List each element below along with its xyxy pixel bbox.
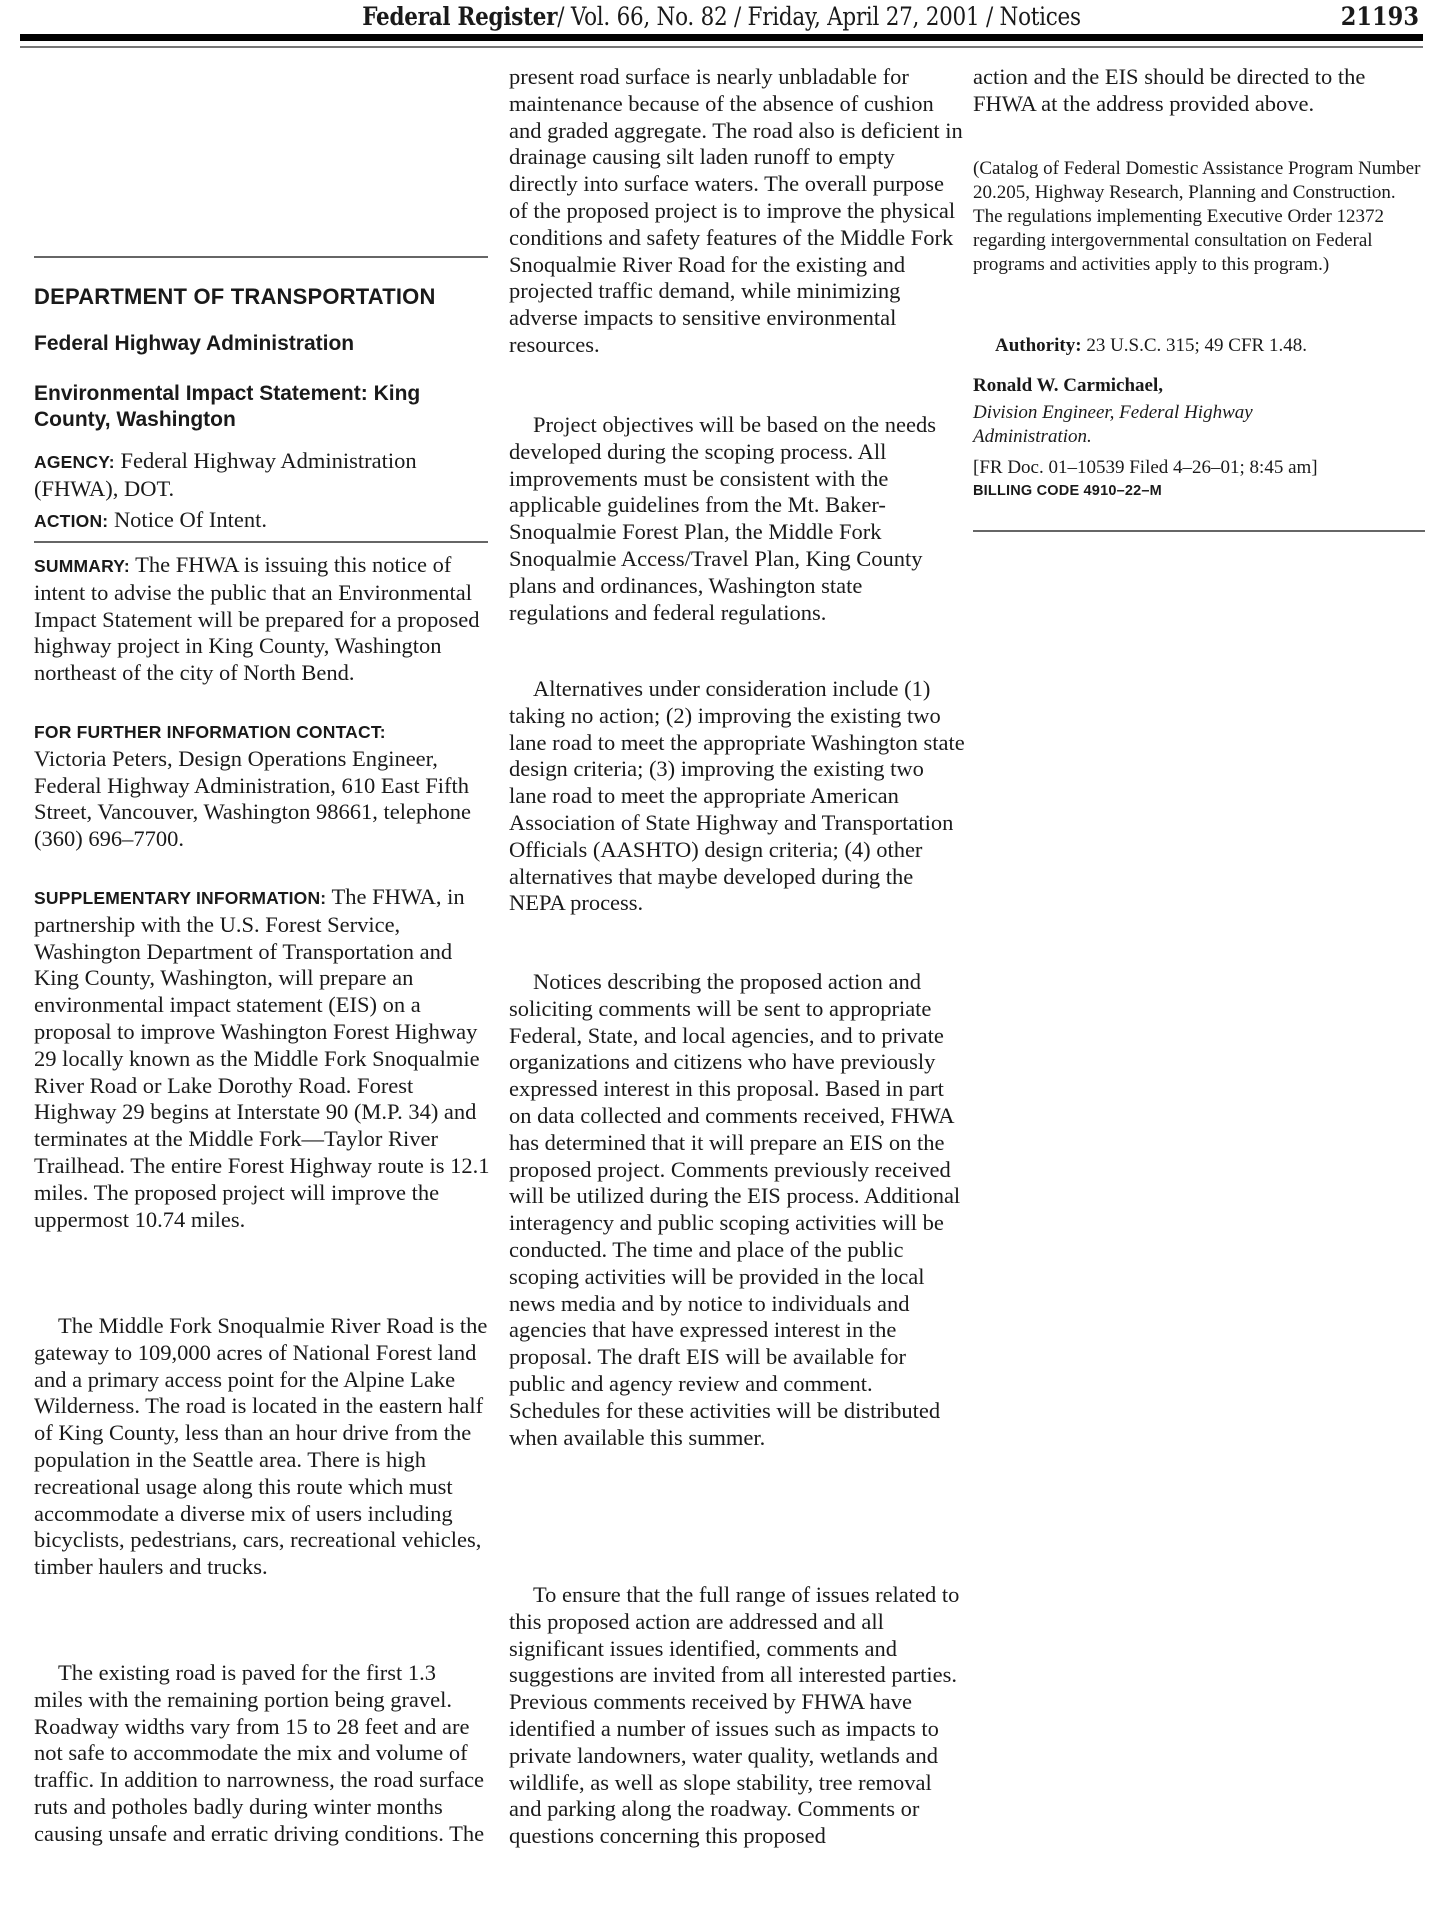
paragraph-notices: Notices describing the proposed action a… — [509, 969, 965, 1451]
paragraph-road-gateway: The Middle Fork Snoqualmie River Road is… — [34, 1313, 490, 1581]
running-head: Federal Register/ Vol. 66, No. 82 / Frid… — [118, 2, 1325, 31]
contact-value: Victoria Peters, Design Operations Engin… — [34, 746, 471, 851]
paragraph-issues: To ensure that the full range of issues … — [509, 1582, 965, 1850]
action-label: ACTION: — [34, 511, 108, 531]
header-rule-thin — [20, 46, 1423, 48]
paragraph-objectives: Project objectives will be based on the … — [509, 412, 965, 626]
paragraph-alternatives: Alternatives under consideration include… — [509, 676, 965, 917]
department-heading: DEPARTMENT OF TRANSPORTATION — [34, 284, 436, 310]
supplementary-value: The FHWA, in partnership with the U.S. F… — [34, 884, 490, 1232]
authority-line: Authority: 23 U.S.C. 315; 49 CFR 1.48. — [995, 334, 1425, 358]
signer-name: Ronald W. Carmichael, — [973, 374, 1425, 398]
authority-label: Authority: — [995, 335, 1082, 356]
contact-field: FOR FURTHER INFORMATION CONTACT: Victori… — [34, 718, 490, 853]
contact-label: FOR FURTHER INFORMATION CONTACT: — [34, 722, 386, 742]
action-field: ACTION: Notice Of Intent. — [34, 507, 474, 535]
publication-name: Federal Register — [362, 2, 557, 31]
notice-title: Environmental Impact Statement: King Cou… — [34, 381, 488, 433]
agency-field: AGENCY: Federal Highway Administration (… — [34, 448, 474, 503]
issue-info: / Vol. 66, No. 82 / Friday, April 27, 20… — [557, 2, 1081, 31]
signer-title: Division Engineer, Federal Highway Admin… — [973, 401, 1333, 449]
paragraph-existing-road-cont: present road surface is nearly unbladabl… — [509, 64, 965, 359]
agency-heading: Federal Highway Administration — [34, 332, 354, 356]
paragraph-issues-cont: action and the EIS should be directed to… — [973, 64, 1425, 118]
summary-label: SUMMARY: — [34, 556, 130, 576]
authority-value: 23 U.S.C. 315; 49 CFR 1.48. — [1086, 335, 1307, 356]
catalog-note: (Catalog of Federal Domestic Assistance … — [973, 157, 1425, 277]
summary-field: SUMMARY: The FHWA is issuing this notice… — [34, 552, 490, 687]
header-rule-thick — [20, 34, 1423, 41]
action-value: Notice Of Intent. — [114, 507, 267, 532]
agency-label: AGENCY: — [34, 452, 115, 472]
fr-doc-line: [FR Doc. 01–10539 Filed 4–26–01; 8:45 am… — [973, 456, 1425, 480]
end-divider — [973, 530, 1425, 532]
paragraph-existing-road: The existing road is paved for the first… — [34, 1660, 490, 1848]
page-number: 21193 — [1341, 2, 1419, 31]
supplementary-field: SUPPLEMENTARY INFORMATION: The FHWA, in … — [34, 884, 490, 1233]
page-header: Federal Register/ Vol. 66, No. 82 / Frid… — [20, 0, 1423, 34]
section-divider — [34, 541, 488, 543]
supplementary-label: SUPPLEMENTARY INFORMATION: — [34, 888, 326, 908]
billing-code: BILLING CODE 4910–22–M — [973, 483, 1162, 499]
section-divider — [34, 256, 488, 258]
